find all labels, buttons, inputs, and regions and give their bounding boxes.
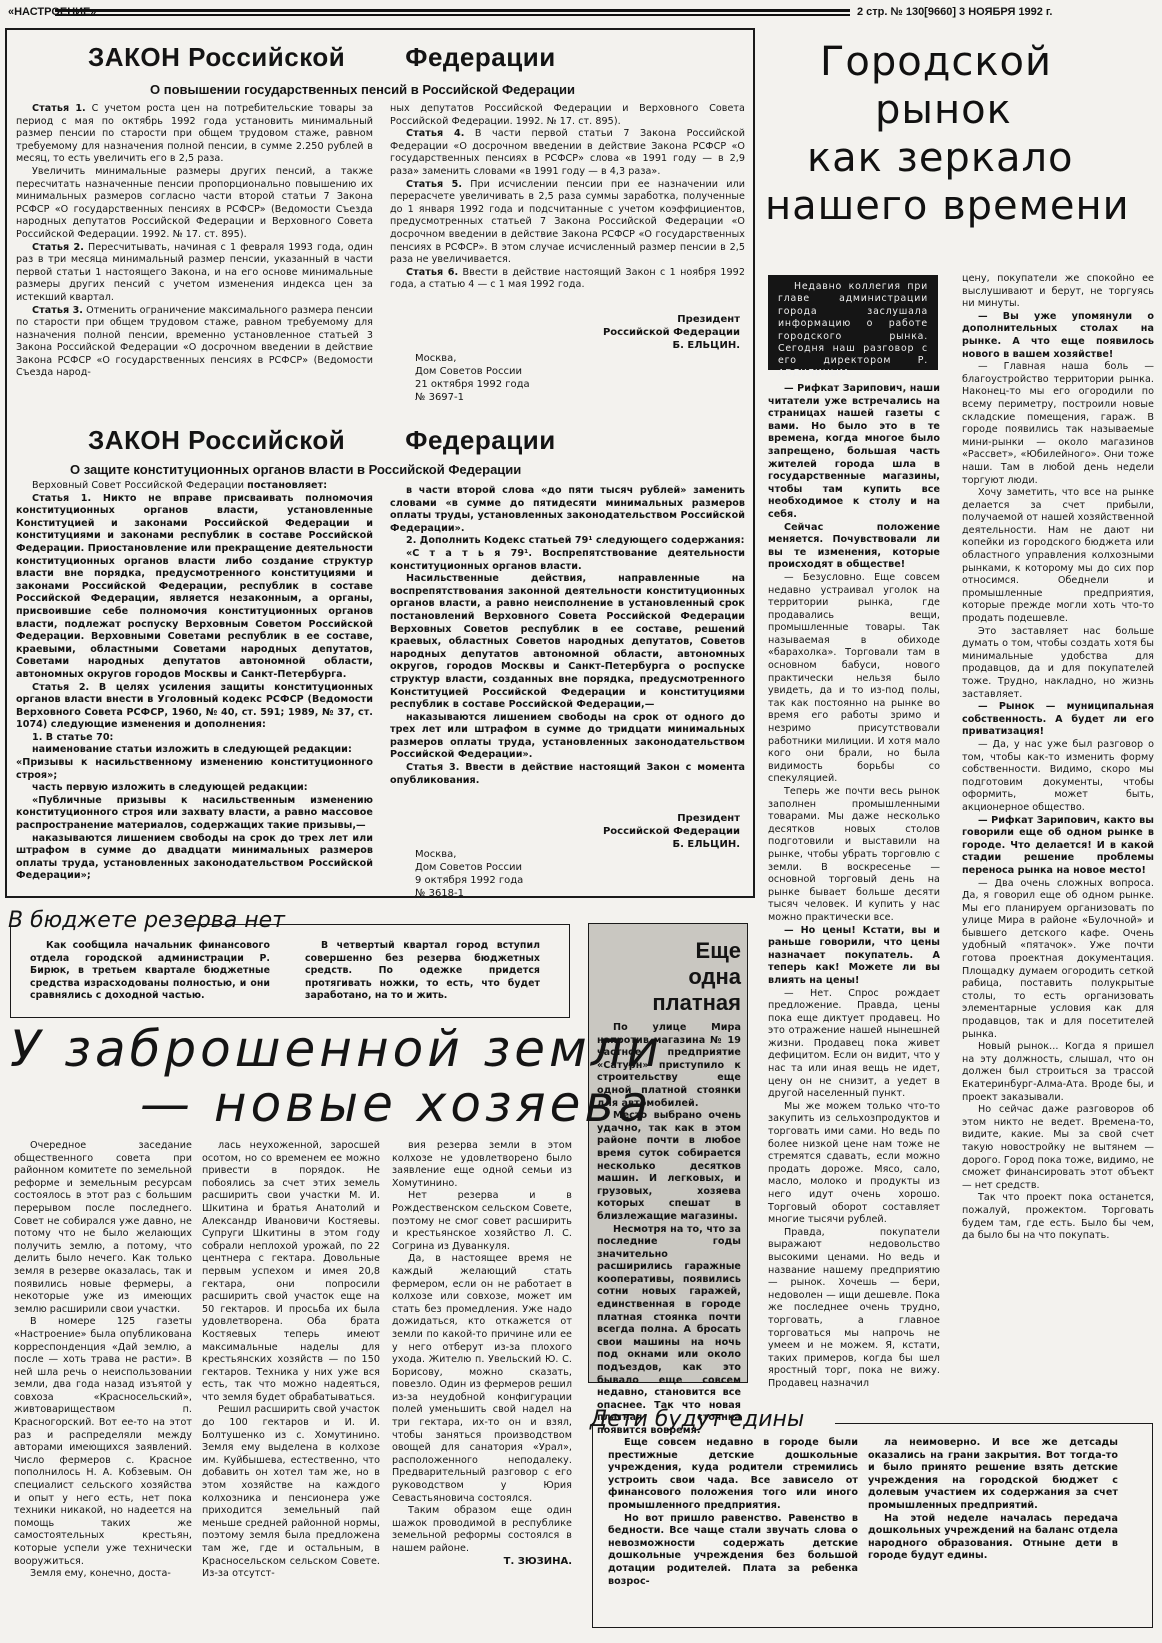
paragraph: часть первую изложить в следующей редакц… [16,782,373,795]
paragraph: вия резерва земли в этом колхозе не удов… [392,1140,572,1190]
paragraph: — Рифкат Зарипович, както вы говорили ещ… [962,815,1154,878]
market-intro-box: Недавно коллегия при главе администрации… [768,275,938,370]
paragraph: — Два очень сложных вопроса. Да, я говор… [962,878,1154,1042]
law2-column-1: Верховный Совет Российской Федерации пос… [16,480,373,883]
paragraph: Статья 5. При исчислении пенсии при ее н… [390,179,745,267]
paragraph: Так что проект пока останется, пожалуй, … [962,1192,1154,1242]
paragraph: Статья 4. В части первой статьи 7 Закона… [390,128,745,178]
paragraph: Но сейчас даже разговоров об этом никто … [962,1104,1154,1192]
paragraph: Статья 1. Никто не вправе присваивать по… [16,493,373,682]
paragraph: Земля ему, конечно, доста- [14,1568,192,1581]
law1-subtitle: О повышении государственных пенсий в Рос… [150,82,575,97]
paragraph: наказываются лишением свободы на срок от… [390,712,745,762]
market-column-2: цену, покупатели же спокойно ее выслушив… [962,273,1154,1243]
market-column-1: — Рифкат Зарипович, наши читатели уже вс… [768,383,940,1391]
paragraph: Решил расширить свой участок до 100 гект… [202,1404,380,1580]
paragraph: лась неухоженной, заросшей осотом, но со… [202,1140,380,1404]
paragraph: Сейчас положение меняется. Почувствовали… [768,522,940,572]
paragraph: Статья 3. Отменить ограничение максималь… [16,305,373,381]
paragraph: На этой неделе началась передача дошколь… [868,1513,1118,1563]
paragraph: наименование статьи изложить в следующей… [16,744,373,757]
law2-signature: Президент Российской Федерации Б. ЕЛЬЦИН… [540,812,740,851]
law1-signature: Президент Российской Федерации Б. ЕЛЬЦИН… [540,313,740,352]
law1-title: ЗАКОН РоссийскойФедерации [88,42,556,73]
paragraph: «С т а т ь я 79¹. Воспрепятствование дея… [390,548,745,573]
paragraph: «Призывы к насильственному изменению кон… [16,757,373,782]
law1-column-1: Статья 1. С учетом роста цен на потребит… [16,103,373,380]
paragraph: — Рифкат Зарипович, наши читатели уже вс… [768,383,940,522]
parking-title: Еще одна платная [597,938,741,1016]
parking-box: Еще одна платная По улице Мира напротив … [588,923,748,1383]
paragraph: Хочу заметить, что все на рынке делается… [962,487,1154,626]
paragraph: Статья 1. С учетом роста цен на потребит… [16,103,373,166]
paragraph: Это заставляет нас больше думать о том, … [962,626,1154,702]
paragraph: Новый рынок... Когда я пришел на эту дол… [962,1041,1154,1104]
paragraph: — Безусловно. Еще совсем недавно устраив… [768,572,940,786]
paragraph: — Рынок — муниципальная собственность. А… [962,701,1154,739]
land-headline-line-1: У заброшенной земли [10,1020,663,1078]
paragraph: ных депутатов Российской Федерации и Вер… [390,103,745,128]
paragraph: Нет резерва и в Рождественском сельском … [392,1190,572,1253]
paragraph: В номере 125 газеты «Настроение» была оп… [14,1316,192,1568]
paragraph: ла неимоверно. И все же детсады оказалис… [868,1437,1118,1513]
paragraph: Теперь же почти весь рынок заполнен пром… [768,786,940,925]
paragraph: Увеличить минимальные размеры других пен… [16,166,373,242]
law2-subtitle: О защите конституционных органов власти … [70,462,521,477]
law2-place-date: Москва, Дом Советов России 9 октября 199… [415,848,615,900]
paragraph: 1. В статье 70: [16,732,373,745]
paragraph: Насильственные действия, направленные на… [390,573,745,712]
law1-column-2: ных депутатов Российской Федерации и Вер… [390,103,745,292]
kids-column-2: ла неимоверно. И все же детсады оказалис… [868,1437,1118,1563]
paragraph: Очередное заседание общественного совета… [14,1140,192,1316]
paragraph: Да, в настоящее время не каждый желающий… [392,1253,572,1505]
paragraph: Статья 6. Ввести в действие настоящий За… [390,267,745,292]
land-column-3: вия резерва земли в этом колхозе не удов… [392,1140,572,1567]
market-headline: Городской рынок как зеркало нашего време… [785,38,1155,230]
paragraph: 2. Дополнить Кодекс статьей 79¹ следующе… [390,535,745,548]
land-column-1: Очередное заседание общественного совета… [14,1140,192,1581]
issue-info: 2 стр. № 130[9660] 3 НОЯБРЯ 1992 г. [857,6,1052,18]
law2-column-2: в части второй слова «до пяти тысяч рубл… [390,485,745,787]
paragraph: «Публичные призывы к насильственным изме… [16,795,373,833]
budget-column-2: В четвертый квартал город вступил соверш… [305,940,540,1003]
law1-place-date: Москва, Дом Советов России 21 октября 19… [415,352,615,404]
paragraph: Статья 2. В целях усиления защиты консти… [16,682,373,732]
masthead-rule [55,9,850,16]
paragraph: наказываются лишением свободы на срок до… [16,833,373,883]
paragraph: Но вот пришло равенство. Равенство в бед… [608,1513,858,1589]
paragraph: в части второй слова «до пяти тысяч рубл… [390,485,745,535]
paragraph: Мы же можем только что-то закупить из се… [768,1101,940,1227]
kids-column-1: Еще совсем недавно в городе были престиж… [608,1437,858,1588]
budget-column-1: Как сообщила начальник финансового отдел… [30,940,270,1003]
paragraph: Статья 3. Ввести в действие настоящий За… [390,762,745,787]
paragraph: цену, покупатели же спокойно ее выслушив… [962,273,1154,311]
paragraph: — Вы уже упомянули о дополнительных стол… [962,311,1154,361]
paragraph: — Главная наша боль — благоустройство те… [962,361,1154,487]
paragraph: — Нет. Спрос рождает предложение. Правда… [768,988,940,1101]
land-column-2: лась неухоженной, заросшей осотом, но со… [202,1140,380,1581]
land-author: Т. ЗЮЗИНА. [392,1556,572,1567]
paragraph: Статья 2. Пересчитывать, начиная с 1 фев… [16,242,373,305]
paragraph: Правда, покупатели выражают недовольство… [768,1227,940,1391]
paragraph: Еще совсем недавно в городе были престиж… [608,1437,858,1513]
paragraph: — Но цены! Кстати, вы и раньше говорили,… [768,925,940,988]
paragraph: Таким образом еще один шажок проводимой … [392,1505,572,1555]
law2-title: ЗАКОН РоссийскойФедерации [88,425,556,456]
land-headline-line-2: — новые хозяева [140,1075,653,1133]
paragraph: — Да, у нас уже был разговор о том, чтоб… [962,739,1154,815]
